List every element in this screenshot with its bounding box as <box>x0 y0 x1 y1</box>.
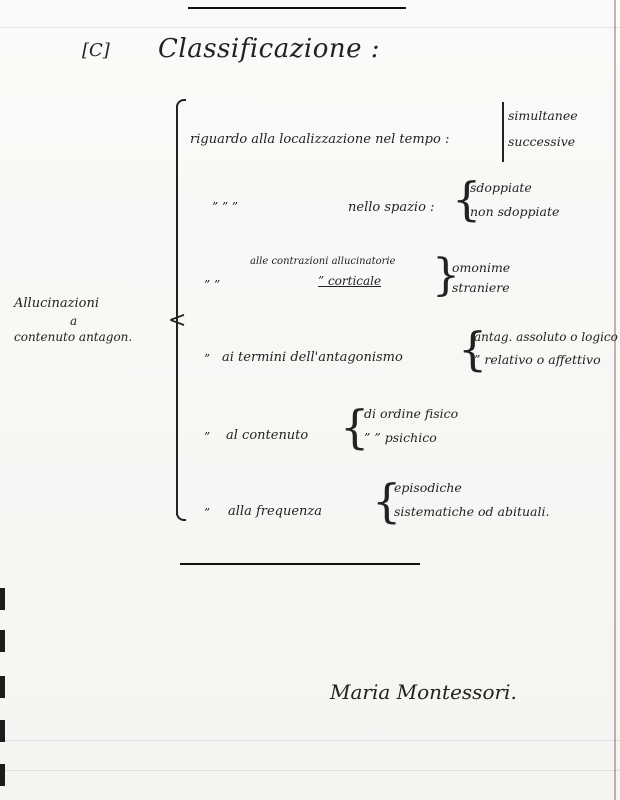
option-1: episodiche <box>394 480 462 495</box>
option-1: sdoppiate <box>470 180 532 195</box>
top-rule <box>188 7 406 9</box>
binding-hole <box>0 630 5 652</box>
binding-hole <box>0 588 5 610</box>
option-2: successive <box>508 134 575 149</box>
subject-line-3: contenuto antagon. <box>14 330 132 344</box>
option-1: simultanee <box>508 108 578 123</box>
criterion-label: al contenuto <box>226 428 308 443</box>
option-2: straniere <box>452 280 510 295</box>
criterion-label: ai termini dell'antagonismo <box>222 350 403 365</box>
criterion-label: alla frequenza <box>228 504 322 519</box>
criterion-label-line-1: alle contrazioni allucinatorie <box>250 256 396 267</box>
option-2: non sdoppiate <box>470 204 559 219</box>
criterion-label-line-2: ” corticale <box>318 274 381 288</box>
ditto-marks: ” <box>204 430 210 444</box>
criterion-label: riguardo alla localizzazione nel tempo : <box>190 132 449 147</box>
option-2: sistematiche od abituali. <box>394 504 549 519</box>
criterion-label: nello spazio : <box>348 200 434 215</box>
section-marker: [C] <box>82 40 110 61</box>
ditto-marks: ” ” ” <box>212 200 238 214</box>
bottom-rule <box>180 563 420 565</box>
binding-hole <box>0 676 5 698</box>
ditto-marks: ” <box>204 352 210 366</box>
subject-line-1: Allucinazioni <box>14 296 99 311</box>
page-title: Classificazione : <box>158 34 380 64</box>
option-2: ” ” psichico <box>364 430 437 445</box>
option-2: ” relativo o affettivo <box>474 352 601 367</box>
option-1: antag. assoluto o logico <box>474 330 618 344</box>
binding-hole <box>0 764 5 786</box>
ditto-marks: ” ” <box>204 278 220 292</box>
binding-hole <box>0 720 5 742</box>
option-1: di ordine fisico <box>364 406 458 421</box>
scanned-page: [C] Classificazione : Allucinazioni a co… <box>0 0 620 800</box>
page-edge <box>614 0 616 800</box>
brace-notch: < <box>168 308 186 333</box>
scan-line <box>0 770 620 771</box>
ditto-marks: ” <box>204 506 210 520</box>
option-1: omonime <box>452 260 510 275</box>
signature: Maria Montessori. <box>330 680 517 704</box>
scan-line <box>0 27 620 28</box>
scan-line <box>0 740 620 741</box>
subject-line-2: a <box>70 314 77 328</box>
bracket-bar <box>502 102 504 162</box>
